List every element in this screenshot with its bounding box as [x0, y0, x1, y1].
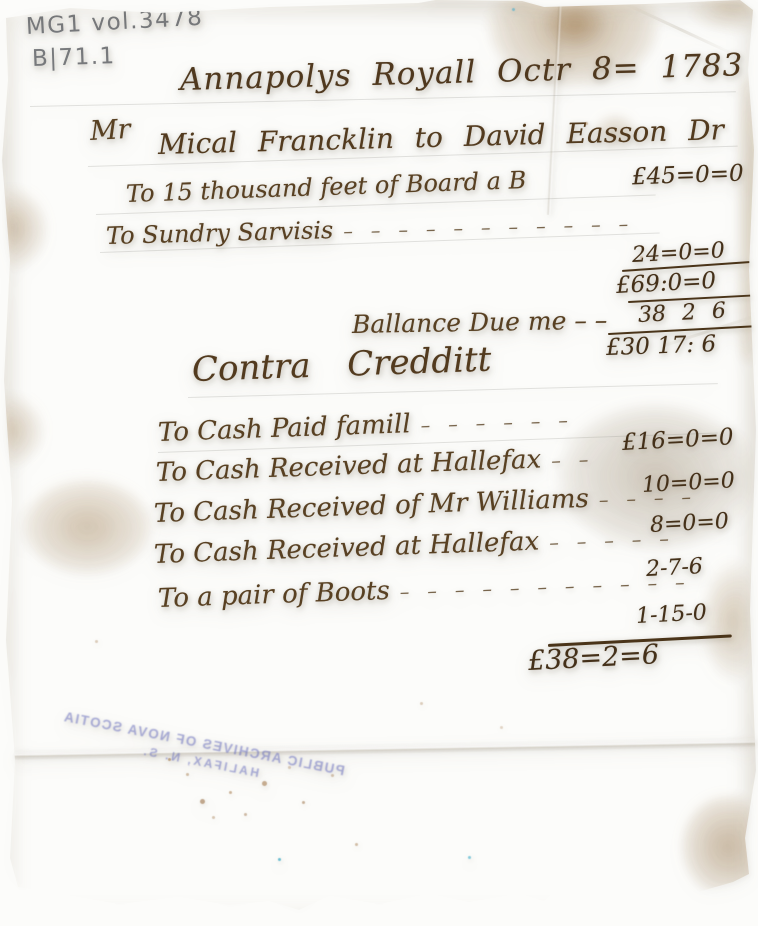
- account-title-line: Mical Francklin to David Easson Dr: [158, 113, 725, 161]
- debit-services-label: To Sundry Sarvisis: [106, 216, 334, 250]
- credit-row-halifax-2: To Cash Received at Hallefax– – – – –: [153, 522, 675, 570]
- paper-shadow-wrap: MG1 vol.3478 B|71.1 Annapolys Royall Oct…: [0, 0, 758, 926]
- stain-top-right-edge: [690, 0, 758, 30]
- stain-left-edge-upper: [0, 185, 50, 270]
- debit-services-leader: – – – – – – – – – – –: [343, 213, 634, 243]
- debit-row-services: To Sundry Sarvisis– – – – – – – – – – –: [106, 208, 635, 250]
- debit-board-amount: £45=0=0: [632, 160, 745, 190]
- debtor-prefix: Mr: [89, 114, 131, 147]
- credit-row-williams-label: To Cash Received of Mr Williams: [153, 484, 589, 529]
- blue-specks: [0, 0, 3, 3]
- foxing-specks: [0, 0, 3, 3]
- stain-right-edge-lower: [700, 555, 758, 685]
- archive-ref-line-1: MG1 vol.3478: [25, 5, 204, 40]
- pencil-rule-title: [30, 91, 736, 107]
- credit-total: £38=2=6: [527, 639, 660, 677]
- archive-ref-line-2: B|71.1: [32, 43, 117, 72]
- document-paper: MG1 vol.3478 B|71.1 Annapolys Royall Oct…: [0, 0, 758, 926]
- stain-mid-left-blotch: [22, 478, 152, 573]
- balance-label: Ballance Due me – –: [352, 306, 608, 339]
- stain-right-edge-strip: [740, 80, 756, 360]
- archive-stamp: PUBLIC ARCHIVES OF NOVA SCOTIA HALIFAX, …: [52, 708, 353, 798]
- credit-row-famill-label: To Cash Paid famill: [157, 409, 411, 448]
- debit-subtotal: £69:0=0: [615, 268, 716, 299]
- scan-background: MG1 vol.3478 B|71.1 Annapolys Royall Oct…: [0, 0, 758, 926]
- stain-bottom-right-corner: [682, 795, 758, 895]
- credit-row-halifax-1-leader: – –: [551, 449, 595, 472]
- credit-row-williams-leader: – – – –: [599, 486, 698, 511]
- credit-row-halifax-2-label: To Cash Received at Hallefax: [153, 527, 539, 570]
- contra-heading: Contra Credditt: [191, 340, 492, 390]
- credit-row-boots-label: To a pair of Boots: [157, 576, 390, 614]
- stain-left-edge-mid: [0, 392, 47, 467]
- balance-amount: £30 17: 6: [606, 331, 717, 361]
- debit-row-board: To 15 thousand feet of Board a B £45=0=0: [126, 158, 745, 208]
- credit-row-famill-leader: – – – – – –: [420, 409, 574, 436]
- credit-row-boots-leader: – – – – – – – – – – –: [399, 571, 690, 603]
- contra-carried-amount: 38 2 6: [637, 298, 726, 328]
- place-date-line: Annapolys Royall Octr 8= 1783: [180, 47, 744, 98]
- credit-row-famill: To Cash Paid famill– – – – – –: [157, 403, 574, 447]
- credit-row-halifax-2-leader: – – – – –: [549, 528, 675, 554]
- credit-row-boots: To a pair of Boots– – – – – – – – – – –: [157, 565, 691, 614]
- credit-row-boots-amount: 1-15-0: [635, 600, 707, 629]
